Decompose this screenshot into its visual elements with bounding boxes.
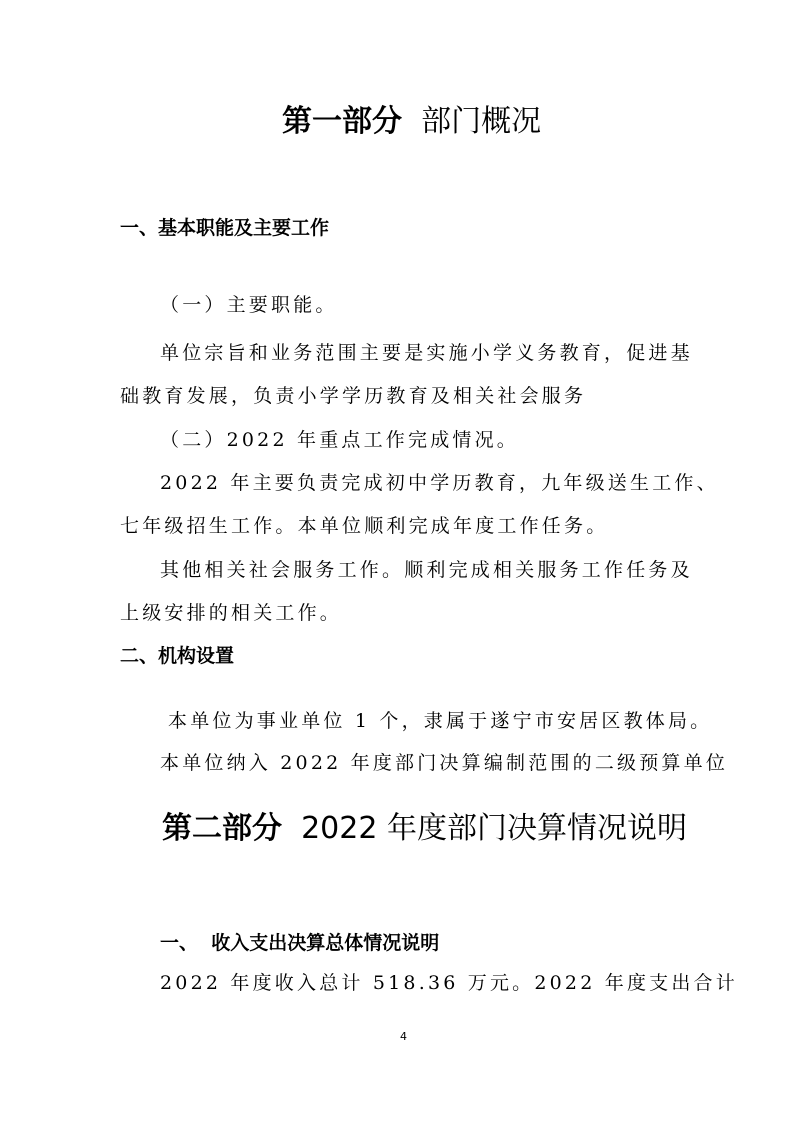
paragraph-line: 2022 年主要负责完成初中学历教育，九年级送生工作、 (160, 468, 719, 495)
paragraph-line: 单位宗旨和业务范围主要是实施小学义务教育，促进基 (160, 338, 693, 365)
part1-title-rest: 部门概况 (421, 104, 541, 139)
paragraph-line: 其他相关社会服务工作。顺利完成相关服务工作任务及 (160, 555, 693, 582)
paragraph-line: 上级安排的相关工作。 (120, 598, 342, 625)
subheading-key-work: （二）2022 年重点工作完成情况。 (160, 425, 519, 452)
section1-heading: 一、基本职能及主要工作 (120, 213, 329, 240)
paragraph-line: 本单位为事业单位 1 个，隶属于遂宁市安居区教体局。 (168, 706, 712, 733)
section2-heading: 二、机构设置 (120, 641, 234, 668)
subheading-main-functions: （一）主要职能。 (160, 290, 338, 317)
part1-title-bold: 第一部分 (282, 104, 402, 139)
part2-title-rest: 2022 年度部门决算情况说明 (301, 811, 687, 846)
paragraph-line: 本单位纳入 2022 年度部门决算编制范围的二级预算单位 (160, 748, 728, 775)
part1-title: 第一部分 部门概况 (282, 96, 541, 140)
part2-title-bold: 第二部分 (162, 811, 282, 846)
paragraph-line: 2022 年度收入总计 518.36 万元。2022 年度支出合计 (160, 968, 738, 995)
paragraph-line: 础教育发展，负责小学学历教育及相关社会服务 (120, 381, 586, 408)
page-number: 4 (400, 1030, 407, 1043)
part2-section1-heading: 一、 收入支出决算总体情况说明 (160, 928, 439, 955)
part2-title: 第二部分 2022 年度部门决算情况说明 (162, 803, 687, 847)
paragraph-line: 七年级招生工作。本单位顺利完成年度工作任务。 (120, 511, 608, 538)
